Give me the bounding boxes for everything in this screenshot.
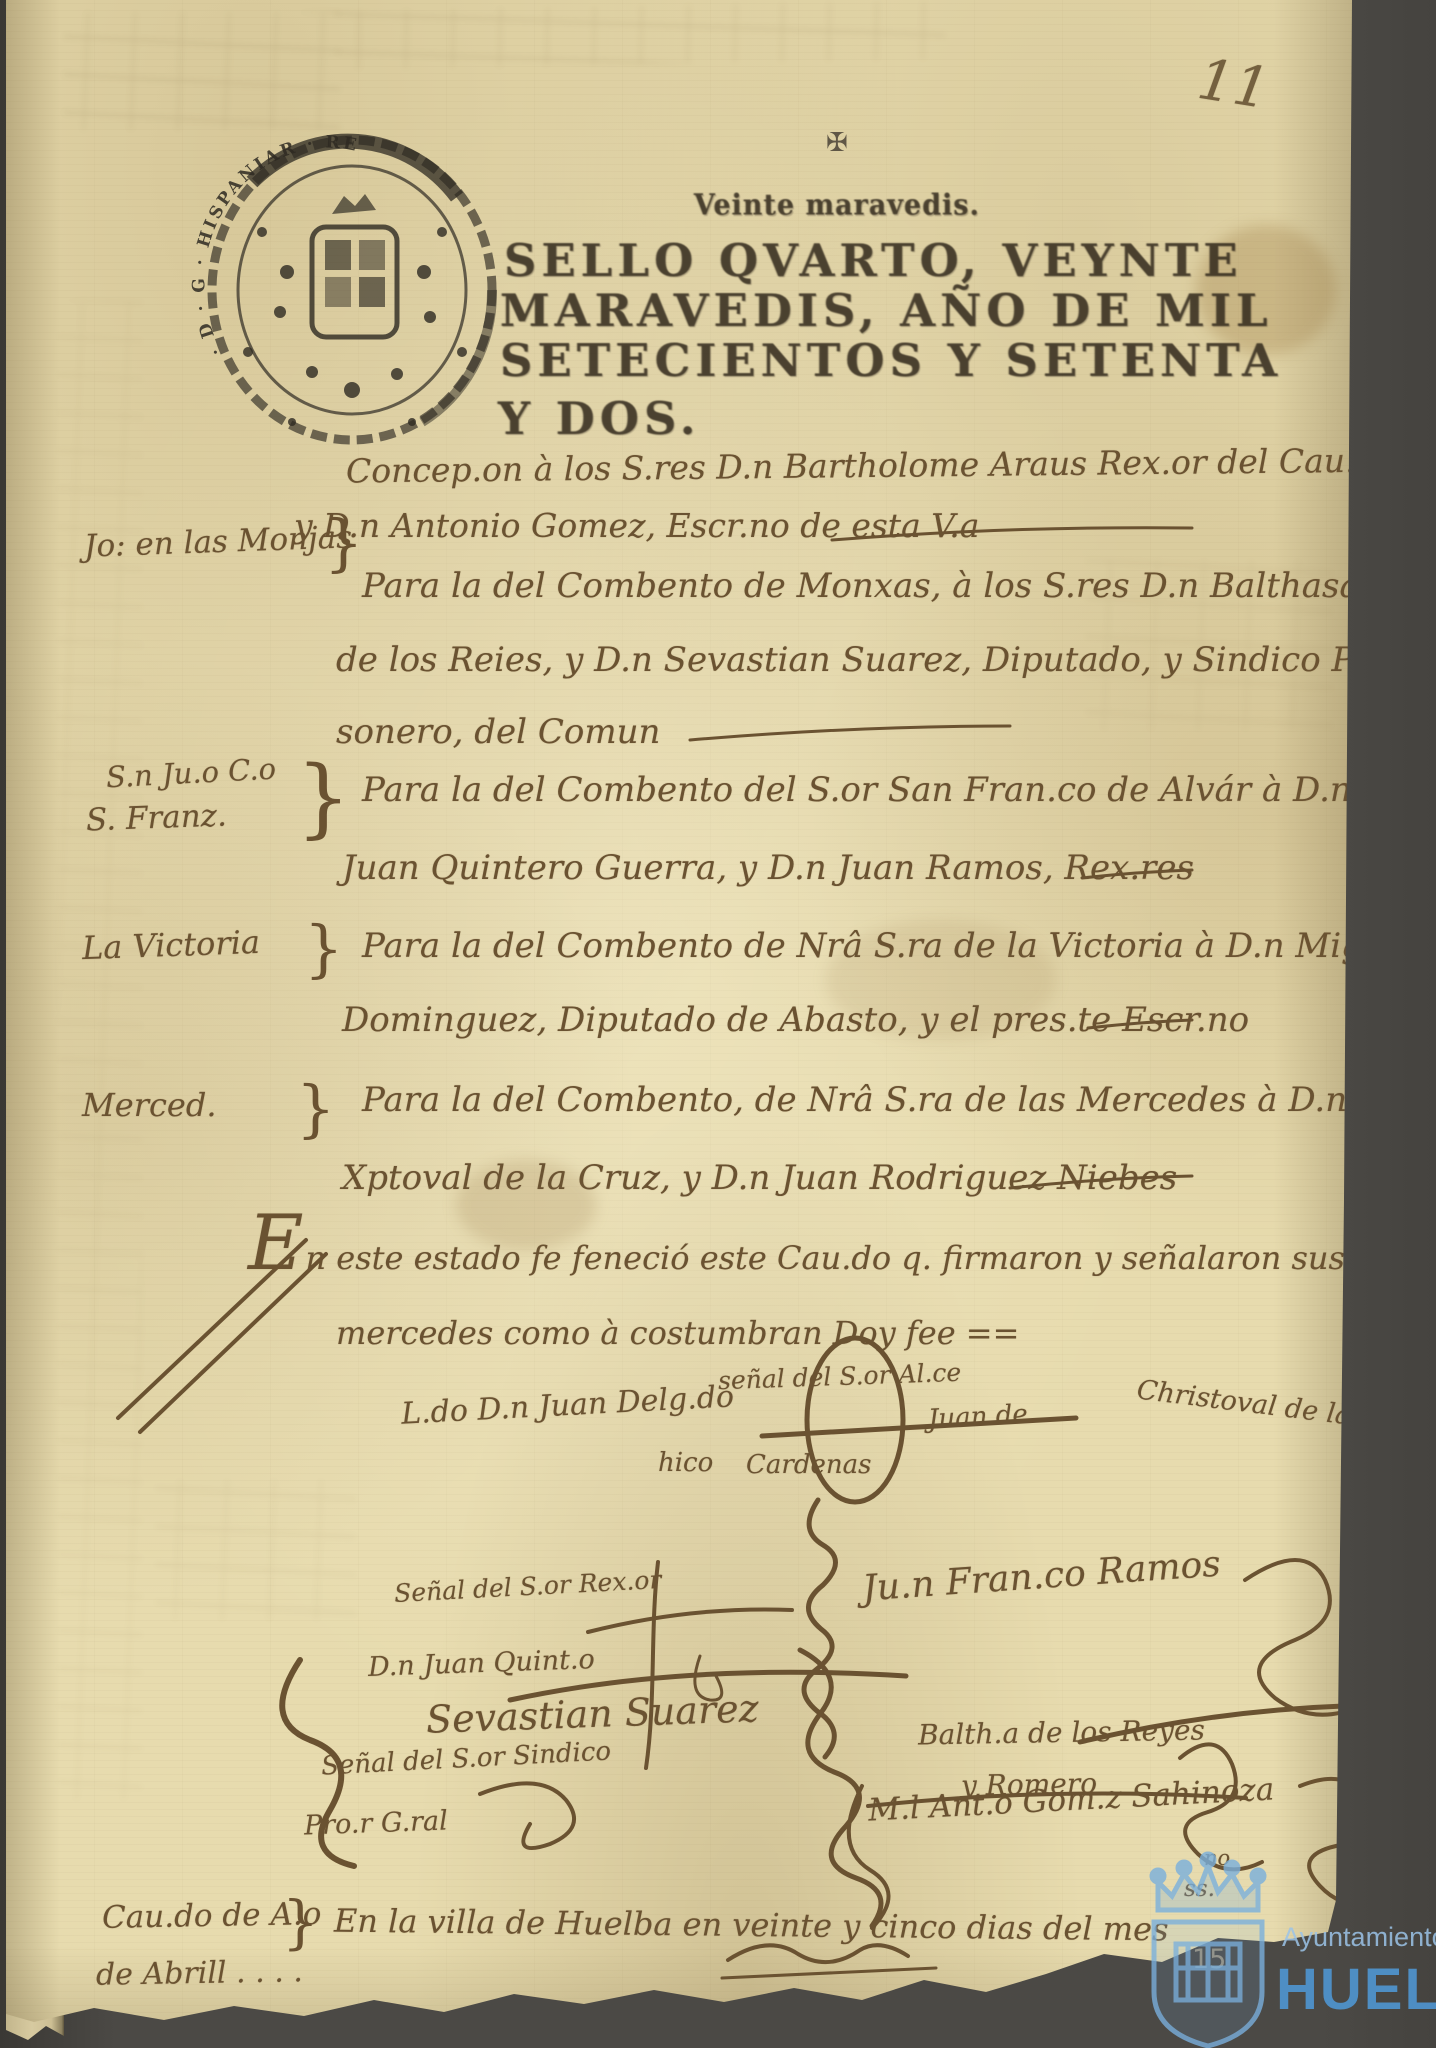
- senal-q-loop: [695, 1656, 722, 1700]
- scanned-manuscript-page: 11 ✠: [0, 0, 1436, 2048]
- huelva-crest-icon: [1128, 1848, 1288, 2048]
- manuscript-page: 11 ✠: [6, 0, 1354, 2048]
- ramos-zigzag: [1356, 1580, 1384, 1646]
- rule-dash: [690, 726, 1010, 740]
- escribano-rubric: [1300, 1779, 1400, 1904]
- margin-slash: [118, 1240, 306, 1418]
- ramos-underline: [1080, 1705, 1428, 1742]
- rule-dash: [1010, 1176, 1192, 1188]
- rule-dash: [1082, 870, 1192, 878]
- footer-underline: [722, 1968, 936, 1978]
- senal-cross-oval: [807, 1338, 903, 1502]
- footer-rubric: [728, 1945, 908, 1962]
- ramos-rubric: [1245, 1560, 1365, 1715]
- ink-flourishes: [6, 0, 1354, 2048]
- senal-cross-vertical: [646, 1562, 658, 1768]
- senal-cross-horizontal: [588, 1609, 792, 1632]
- suarez-rubric-knot: [800, 1650, 881, 1926]
- sindico-rubric: [480, 1783, 574, 1848]
- margin-slash: [140, 1254, 326, 1432]
- watermark-city-label: HUELVA: [1276, 1956, 1436, 2023]
- rule-dash: [1088, 1020, 1192, 1028]
- suarez-monogram: [282, 1660, 354, 1866]
- rule-dash: [832, 528, 1192, 540]
- cruz-rubric: [1407, 1494, 1429, 1630]
- reyes-underline: [868, 1794, 1246, 1807]
- suarez-strike: [510, 1672, 906, 1700]
- watermark-org-label: Ayuntamiento de: [1282, 1922, 1436, 1953]
